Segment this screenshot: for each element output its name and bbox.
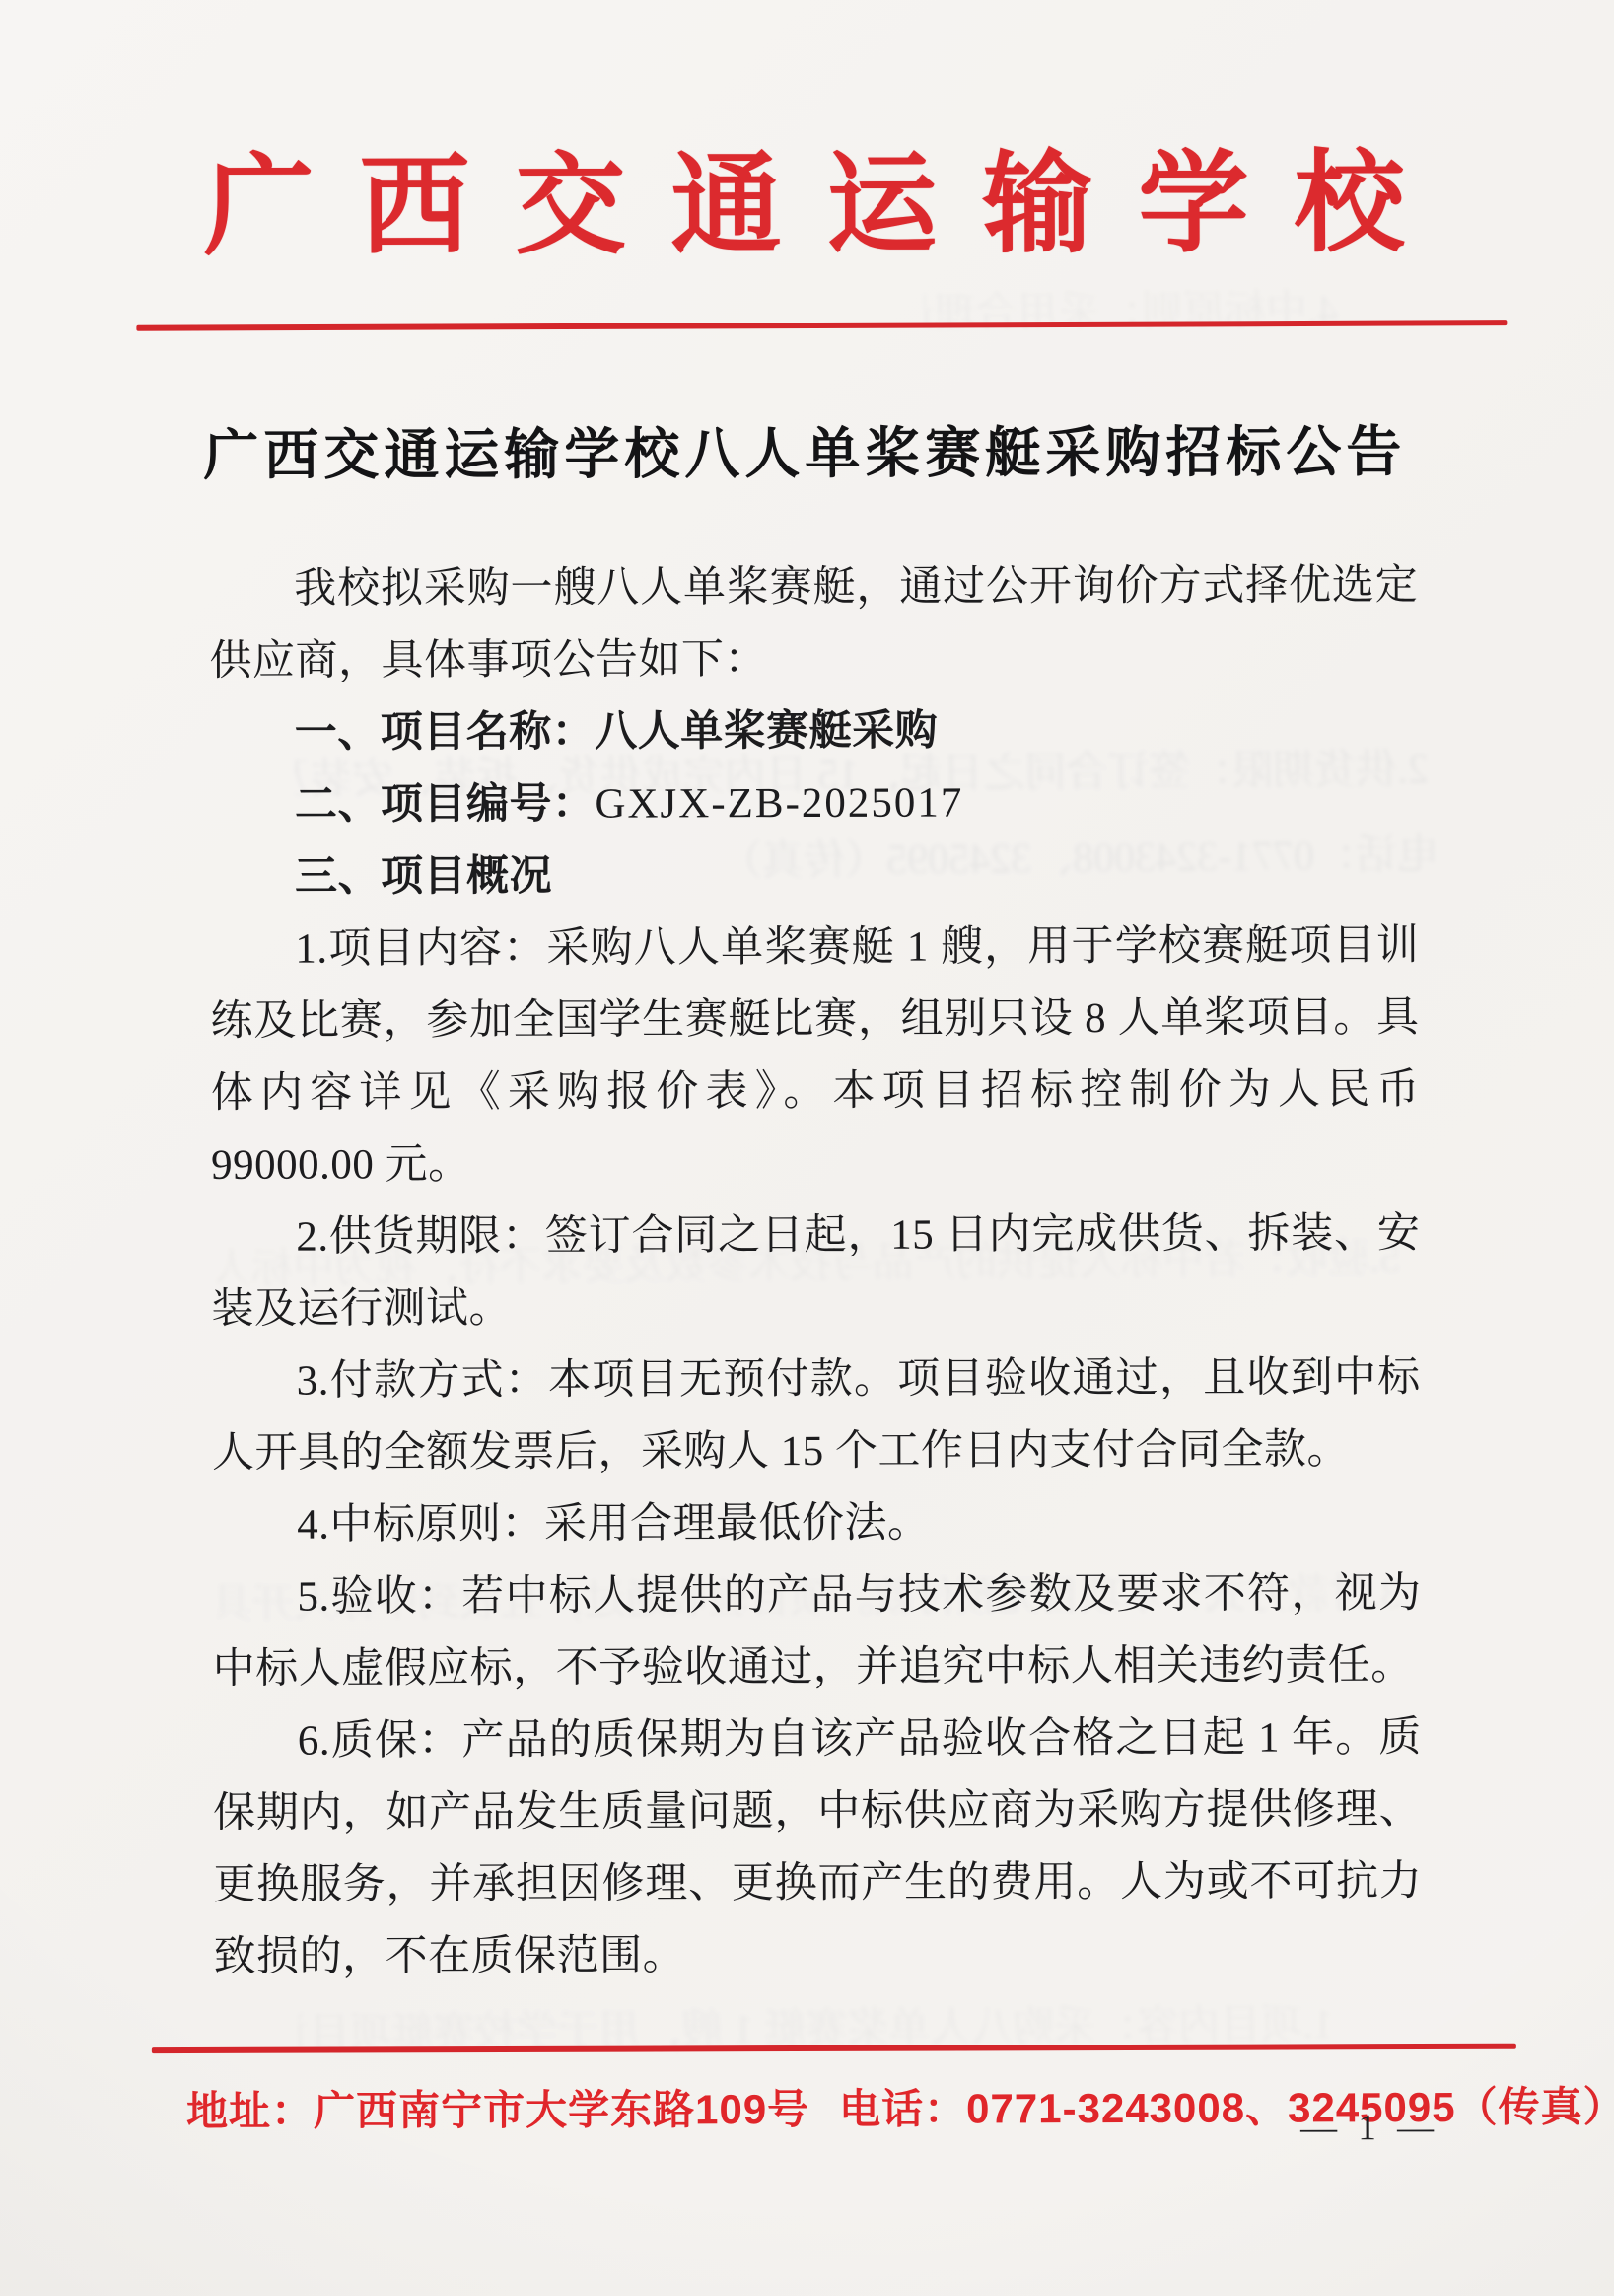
clause-acceptance: 5.验收：若中标人提供的产品与技术参数及要求不符，视为中标人虚假应标，不予验收通… <box>212 1557 1421 1705</box>
clause-project-content-text: 1.项目内容：采购八人单桨赛艇 1 艘，用于学校赛艇项目训练及比赛，参加全国学生… <box>211 922 1420 1188</box>
header-divider-line <box>136 320 1507 331</box>
document-body: 我校拟采购一艘八人单桨赛艇，通过公开询价方式择优选定供应商，具体事项公告如下： … <box>209 549 1423 1993</box>
clause-delivery-period-text: 2.供货期限：签订合同之日起，15 日内完成供货、拆装、安装及运行测试。 <box>211 1210 1420 1332</box>
footer-divider-line <box>152 2044 1516 2053</box>
clause-warranty-text: 6.质保：产品的质保期为自该产品验收合格之日起 1 年。质保期内，如产品发生质量… <box>213 1714 1422 1980</box>
item-project-number-label: 二、项目编号： <box>295 780 596 828</box>
school-name-header: 广西交通运输学校 <box>0 145 1611 266</box>
project-number-code: GXJX-ZB-2025017 <box>595 779 963 826</box>
clause-award-principle-text: 4.中标原则：采用合理最低价法。 <box>297 1500 930 1548</box>
clause-payment-method-text: 3.付款方式：本项目无预付款。项目验收通过，且收到中标人开具的全额发票后，采购人… <box>212 1354 1421 1476</box>
document-title: 广西交通运输学校八人单桨赛艇采购招标公告 <box>0 407 1612 491</box>
page-number: — 1 — <box>1300 2107 1439 2149</box>
item-project-name: 一、项目名称：八人单桨赛艇采购 <box>210 693 1419 769</box>
clause-warranty: 6.质保：产品的质保期为自该产品验收合格之日起 1 年。质保期内，如产品发生质量… <box>213 1701 1423 1993</box>
footer-phone: 电话：0771-3243008、3245095（传真） <box>839 2074 1614 2136</box>
item-project-overview-text: 三、项目概况 <box>295 852 552 900</box>
item-project-name-text: 一、项目名称：八人单桨赛艇采购 <box>295 707 939 756</box>
scanned-document-page: 4.中标原则：采用合理最低价法。 2.供货期限：签订合同之日起，15 日内完成供… <box>0 0 1614 2296</box>
intro-paragraph: 我校拟采购一艘八人单桨赛艇，通过公开询价方式择优选定供应商，具体事项公告如下： <box>209 549 1418 697</box>
clause-acceptance-text: 5.验收：若中标人提供的产品与技术参数及要求不符，视为中标人虚假应标，不予验收通… <box>213 1570 1422 1692</box>
item-project-overview: 三、项目概况 <box>210 837 1419 913</box>
intro-text: 我校拟采购一艘八人单桨赛艇，通过公开询价方式择优选定供应商，具体事项公告如下： <box>209 562 1418 684</box>
clause-delivery-period: 2.供货期限：签订合同之日起，15 日内完成供货、拆装、安装及运行测试。 <box>211 1197 1420 1345</box>
scan-content: 4.中标原则：采用合理最低价法。 2.供货期限：签订合同之日起，15 日内完成供… <box>0 0 1614 2296</box>
clause-award-principle: 4.中标原则：采用合理最低价法。 <box>212 1485 1421 1561</box>
clause-payment-method: 3.付款方式：本项目无预付款。项目验收通过，且收到中标人开具的全额发票后，采购人… <box>212 1341 1421 1489</box>
bleedthrough-artifact: 4.中标原则：采用合理最低价法。 <box>924 277 1339 340</box>
item-project-number: 二、项目编号：GXJX-ZB-2025017 <box>210 765 1419 841</box>
clause-project-content: 1.项目内容：采购八人单桨赛艇 1 艘，用于学校赛艇项目训练及比赛，参加全国学生… <box>210 909 1420 1201</box>
footer-address: 地址：广西南宁市大学东路109号 <box>186 2077 809 2138</box>
